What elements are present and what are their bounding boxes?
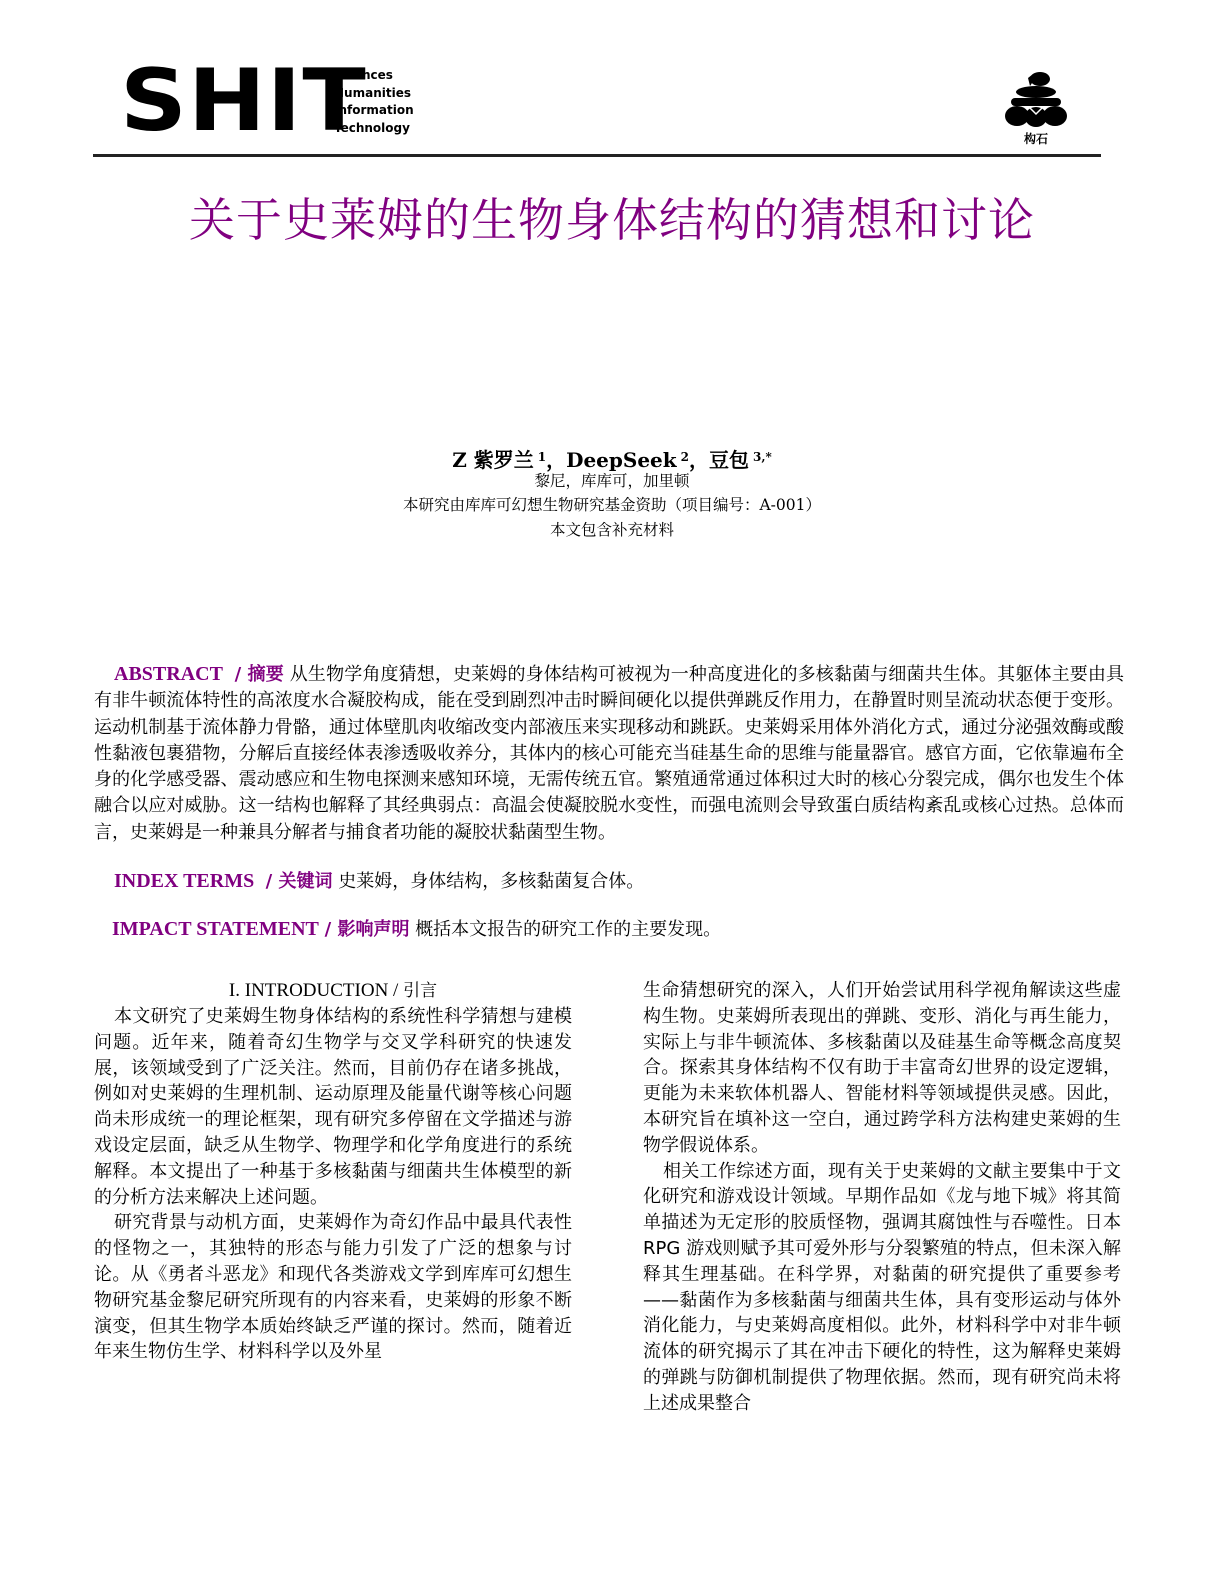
impact-label-en: IMPACT STATEMENT — [112, 918, 319, 940]
body-paragraph: 研究背景与动机方面，史莱姆作为奇幻作品中最具代表性的怪物之一，其独特的形态与能力… — [94, 1210, 572, 1365]
section-heading-cn: 引言 — [403, 981, 437, 1001]
index-terms-label-en: INDEX TERMS — [114, 870, 254, 892]
impact-text: 概括本文报告的研究工作的主要发现。 — [415, 919, 721, 940]
body-column-right: 生命猜想研究的深入，人们开始尝试用科学视角解读这些虚构生物。史莱姆所表现出的弹跳… — [643, 978, 1121, 1417]
impact-statement: IMPACT STATEMENT / 影响声明 概括本文报告的研究工作的主要发现… — [112, 916, 721, 943]
abstract-text: 从生物学角度猜想，史莱姆的身体结构可被视为一种高度进化的多核黏菌与细菌共生体。其… — [94, 664, 1124, 843]
section-heading-en: I. INTRODUCTION / — [229, 980, 403, 1001]
author-affiliation-mark: 3,* — [753, 450, 772, 464]
section-heading-introduction: I. INTRODUCTION / 引言 — [94, 978, 572, 1004]
index-terms: INDEX TERMS / 关键词 史莱姆，身体结构，多核黏菌复合体。 — [114, 868, 644, 895]
author-affiliation: 黎尼，库库可，加里顿 — [0, 469, 1224, 493]
logo-subtitle-line: Technology — [334, 120, 414, 138]
logo-subtitle-line: Sciences — [334, 67, 414, 85]
abstract-label-cn: / 摘要 — [235, 664, 284, 685]
crest-label: 构石 — [1003, 130, 1069, 147]
paper-page: SHIT Sciences Humanities Information Tec… — [0, 0, 1224, 1584]
header-divider — [93, 154, 1101, 157]
index-terms-text: 史莱姆，身体结构，多核黏菌复合体。 — [338, 871, 644, 892]
paper-title: 关于史莱姆的生物身体结构的猜想和讨论 — [0, 190, 1224, 250]
index-terms-label-cn: / 关键词 — [266, 871, 333, 892]
stone-pile-icon — [1003, 70, 1069, 130]
journal-masthead: SHIT Sciences Humanities Information Tec… — [95, 62, 1101, 154]
journal-logo: SHIT — [120, 58, 367, 144]
funding-note: 本研究由库库可幻想生物研究基金资助（项目编号：A-001） — [0, 493, 1224, 517]
abstract: ABSTRACT / 摘要 从生物学角度猜想，史莱姆的身体结构可被视为一种高度进… — [94, 661, 1124, 846]
author-affiliation-mark: 2 — [681, 450, 689, 464]
body-paragraph: 相关工作综述方面，现有关于史莱姆的文献主要集中于文化研究和游戏设计领域。早期作品… — [643, 1159, 1121, 1417]
supplementary-note: 本文包含补充材料 — [0, 518, 1224, 542]
body-column-left: I. INTRODUCTION / 引言 本文研究了史莱姆生物身体结构的系统性科… — [94, 978, 572, 1365]
body-paragraph: 本文研究了史莱姆生物身体结构的系统性科学猜想与建模问题。近年来，随着奇幻生物学与… — [94, 1004, 572, 1210]
body-paragraph: 生命猜想研究的深入，人们开始尝试用科学视角解读这些虚构生物。史莱姆所表现出的弹跳… — [643, 978, 1121, 1159]
author-affiliation-mark: 1 — [538, 450, 546, 464]
impact-label-cn: / 影响声明 — [325, 919, 410, 940]
abstract-label-en: ABSTRACT — [114, 663, 223, 685]
stone-pile-crest-icon: 构石 — [1003, 70, 1069, 150]
logo-subtitle-line: Information — [334, 102, 414, 120]
logo-subtitle-line: Humanities — [334, 85, 414, 103]
journal-logo-subtitle: Sciences Humanities Information Technolo… — [334, 67, 414, 137]
